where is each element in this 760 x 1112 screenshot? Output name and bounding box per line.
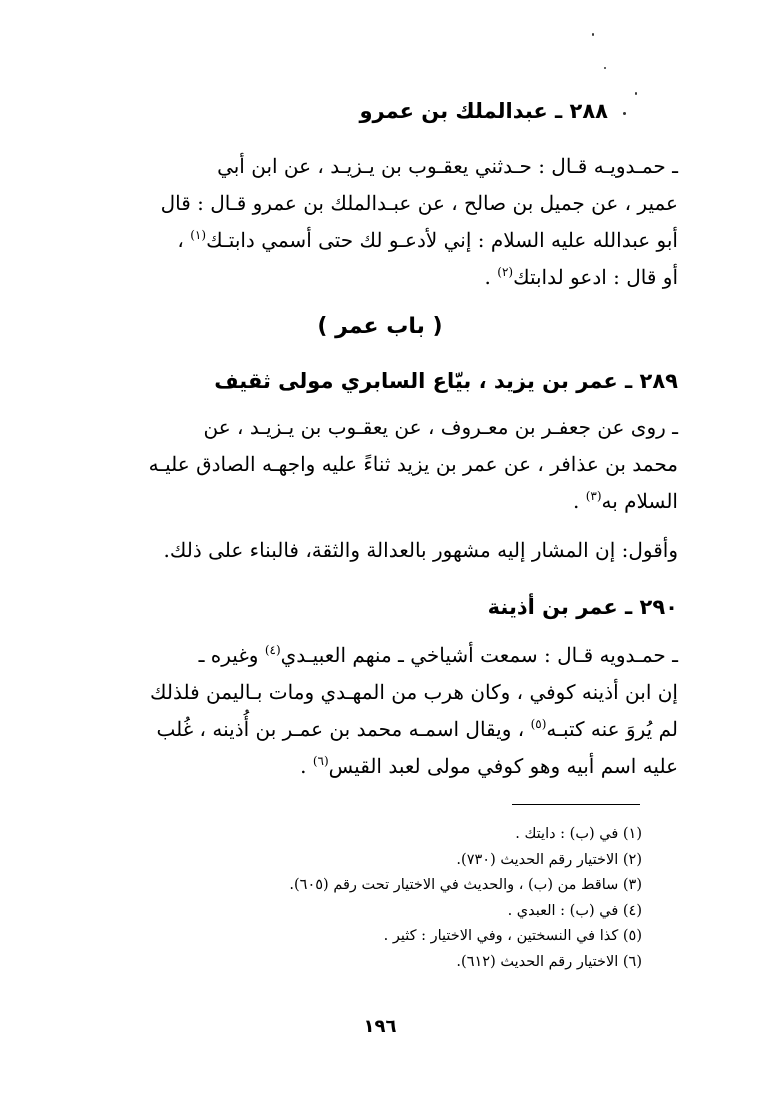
text-line: عمير ، عن جميل بن صالح ، عن عبـدالملك بن… <box>82 185 678 222</box>
footnotes: (١) في (ب) : دايتك . (٢) الاختيار رقم ال… <box>142 822 642 975</box>
text-line: ـ روى عن جعفـر بن معـروف ، عن يعقـوب بن … <box>82 409 678 446</box>
entry-heading-290: ٢٩٠ ـ عمر بن أذينة <box>82 592 678 622</box>
section-title: ( باب عمر ) <box>0 314 760 339</box>
scan-speck <box>635 92 637 95</box>
entry-heading-289: ٢٨٩ ـ عمر بن يزيد ، بيّاع السابري مولى ث… <box>82 366 678 396</box>
scan-speck <box>604 67 606 69</box>
text-line: إن ابن أذينه كوفي ، وكان هرب من المهـدي … <box>82 674 678 711</box>
footnote-5: (٥) كذا في النسختين ، وفي الاختيار : كثي… <box>142 924 642 950</box>
text-line: أو قال : ادعو لدابتك(٢) . <box>82 259 678 296</box>
footnote-ref-3[interactable]: (٣) <box>586 489 602 503</box>
text-line: عليه اسم أبيه وهو كوفي مولى لعبد القيس(٦… <box>82 748 678 785</box>
footnote-3: (٣) ساقط من (ب) ، والحديث في الاختيار تح… <box>142 873 642 899</box>
footnote-2: (٢) الاختيار رقم الحديث (٧٣٠). <box>142 848 642 874</box>
entry-289-paragraph: ـ روى عن جعفـر بن معـروف ، عن يعقـوب بن … <box>82 409 678 520</box>
scan-speck <box>592 33 594 36</box>
footnote-ref-1[interactable]: (١) <box>190 228 206 242</box>
scan-speck <box>623 112 626 115</box>
footnote-divider <box>512 804 640 805</box>
page-number: ١٩٦ <box>0 1016 760 1037</box>
entry-heading-288: ٢٨٨ ـ عبدالملك بن عمرو <box>359 96 608 126</box>
book-page: ٢٨٨ ـ عبدالملك بن عمرو ـ حمـدويـه قـال :… <box>0 0 760 1112</box>
footnote-ref-6[interactable]: (٦) <box>313 754 329 768</box>
entry-290-paragraph: ـ حمـدويه قـال : سمعت أشياخي ـ منهم العب… <box>82 637 678 785</box>
footnote-1: (١) في (ب) : دايتك . <box>142 822 642 848</box>
text-line: ـ حمـدويه قـال : سمعت أشياخي ـ منهم العب… <box>82 637 678 674</box>
text-line: وأقول: إن المشار إليه مشهور بالعدالة وال… <box>82 532 678 569</box>
text-line: ـ حمـدويـه قـال : حـدثني يعقـوب بن يـزيـ… <box>82 148 678 185</box>
footnote-6: (٦) الاختيار رقم الحديث (٦١٢). <box>142 950 642 976</box>
footnote-ref-4[interactable]: (٤) <box>265 643 281 657</box>
text-line: السلام به(٣) . <box>82 483 678 520</box>
author-comment: وأقول: إن المشار إليه مشهور بالعدالة وال… <box>82 532 678 569</box>
text-line: لم يُروَ عنه كتبـه(٥) ، ويقال اسمـه محمد… <box>82 711 678 748</box>
footnote-ref-5[interactable]: (٥) <box>531 717 547 731</box>
text-line: محمد بن عذافر ، عن عمر بن يزيد ثناءً علي… <box>82 446 678 483</box>
footnote-4: (٤) في (ب) : العبدي . <box>142 899 642 925</box>
entry-288-paragraph: ـ حمـدويـه قـال : حـدثني يعقـوب بن يـزيـ… <box>82 148 678 296</box>
text-line: أبو عبدالله عليه السلام : إني لأدعـو لك … <box>82 222 678 259</box>
footnote-ref-2[interactable]: (٢) <box>497 265 513 279</box>
